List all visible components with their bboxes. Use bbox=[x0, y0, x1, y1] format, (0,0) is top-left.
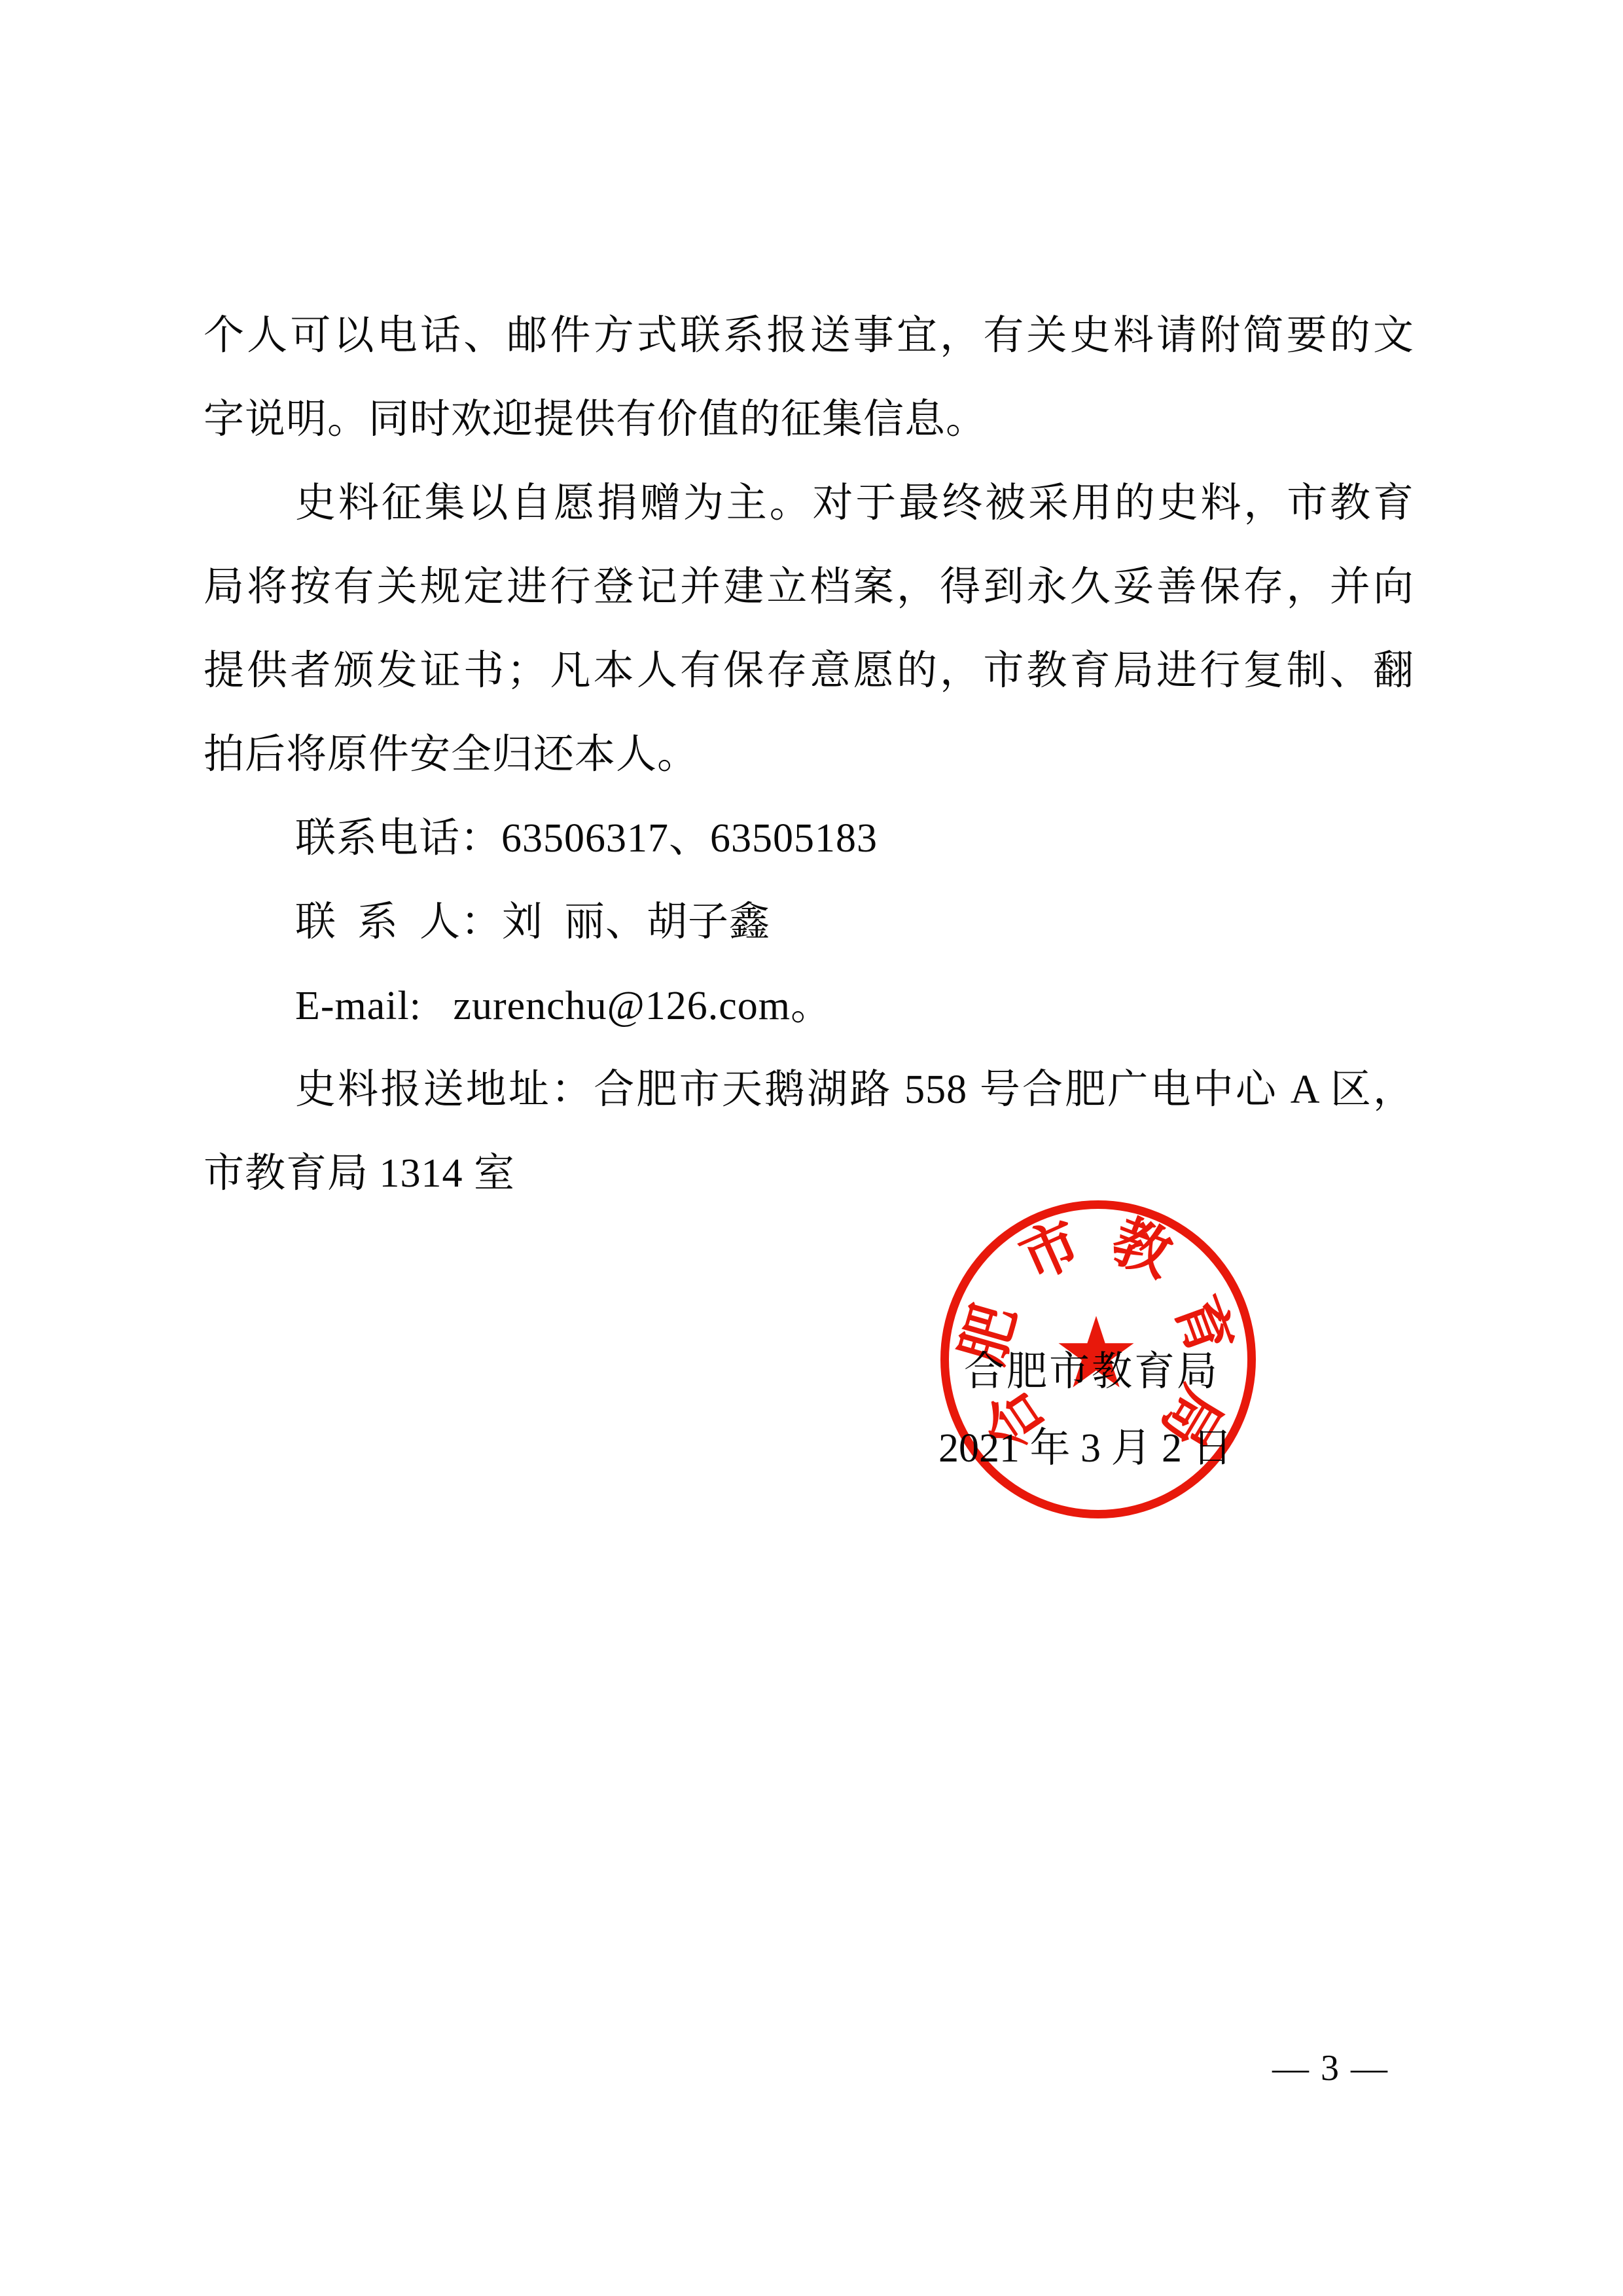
contact-phone-line: 联系电话：63506317、63505183 bbox=[204, 797, 1414, 880]
body-line: 提供者颁发证书；凡本人有保存意愿的，市教育局进行复制、翻 bbox=[204, 629, 1414, 713]
page-number: — 3 — bbox=[1272, 2047, 1389, 2089]
seal-arc-char: 市 bbox=[1013, 1214, 1089, 1290]
body-line: 字说明。同时欢迎提供有价值的征集信息。 bbox=[204, 378, 1414, 461]
signature-org: 合肥市教育局 bbox=[964, 1350, 1219, 1393]
body-text: 个人可以电话、邮件方式联系报送事宜，有关史料请附简要的文 字说明。同时欢迎提供有… bbox=[204, 294, 1414, 1215]
contact-person-line: 联 系 人：刘 丽、胡子鑫 bbox=[204, 880, 1414, 964]
body-line: 拍后将原件安全归还本人。 bbox=[204, 713, 1414, 797]
body-line: 局将按有关规定进行登记并建立档案，得到永久妥善保存，并向 bbox=[204, 545, 1414, 629]
body-line: 史料征集以自愿捐赠为主。对于最终被采用的史料，市教育 bbox=[204, 461, 1414, 545]
document-page: 个人可以电话、邮件方式联系报送事宜，有关史料请附简要的文 字说明。同时欢迎提供有… bbox=[0, 0, 1623, 2296]
body-line: 个人可以电话、邮件方式联系报送事宜，有关史料请附简要的文 bbox=[204, 294, 1414, 378]
contact-email-line: E-mail: zurenchu@126.com。 bbox=[204, 964, 1414, 1048]
address-line: 市教育局 1314 室 bbox=[204, 1132, 1414, 1215]
seal-arc-char: 教 bbox=[1104, 1212, 1179, 1287]
address-line: 史料报送地址：合肥市天鹅湖路 558 号合肥广电中心 A 区， bbox=[204, 1048, 1414, 1132]
signature-date: 2021 年 3 月 2 日 bbox=[938, 1427, 1233, 1470]
